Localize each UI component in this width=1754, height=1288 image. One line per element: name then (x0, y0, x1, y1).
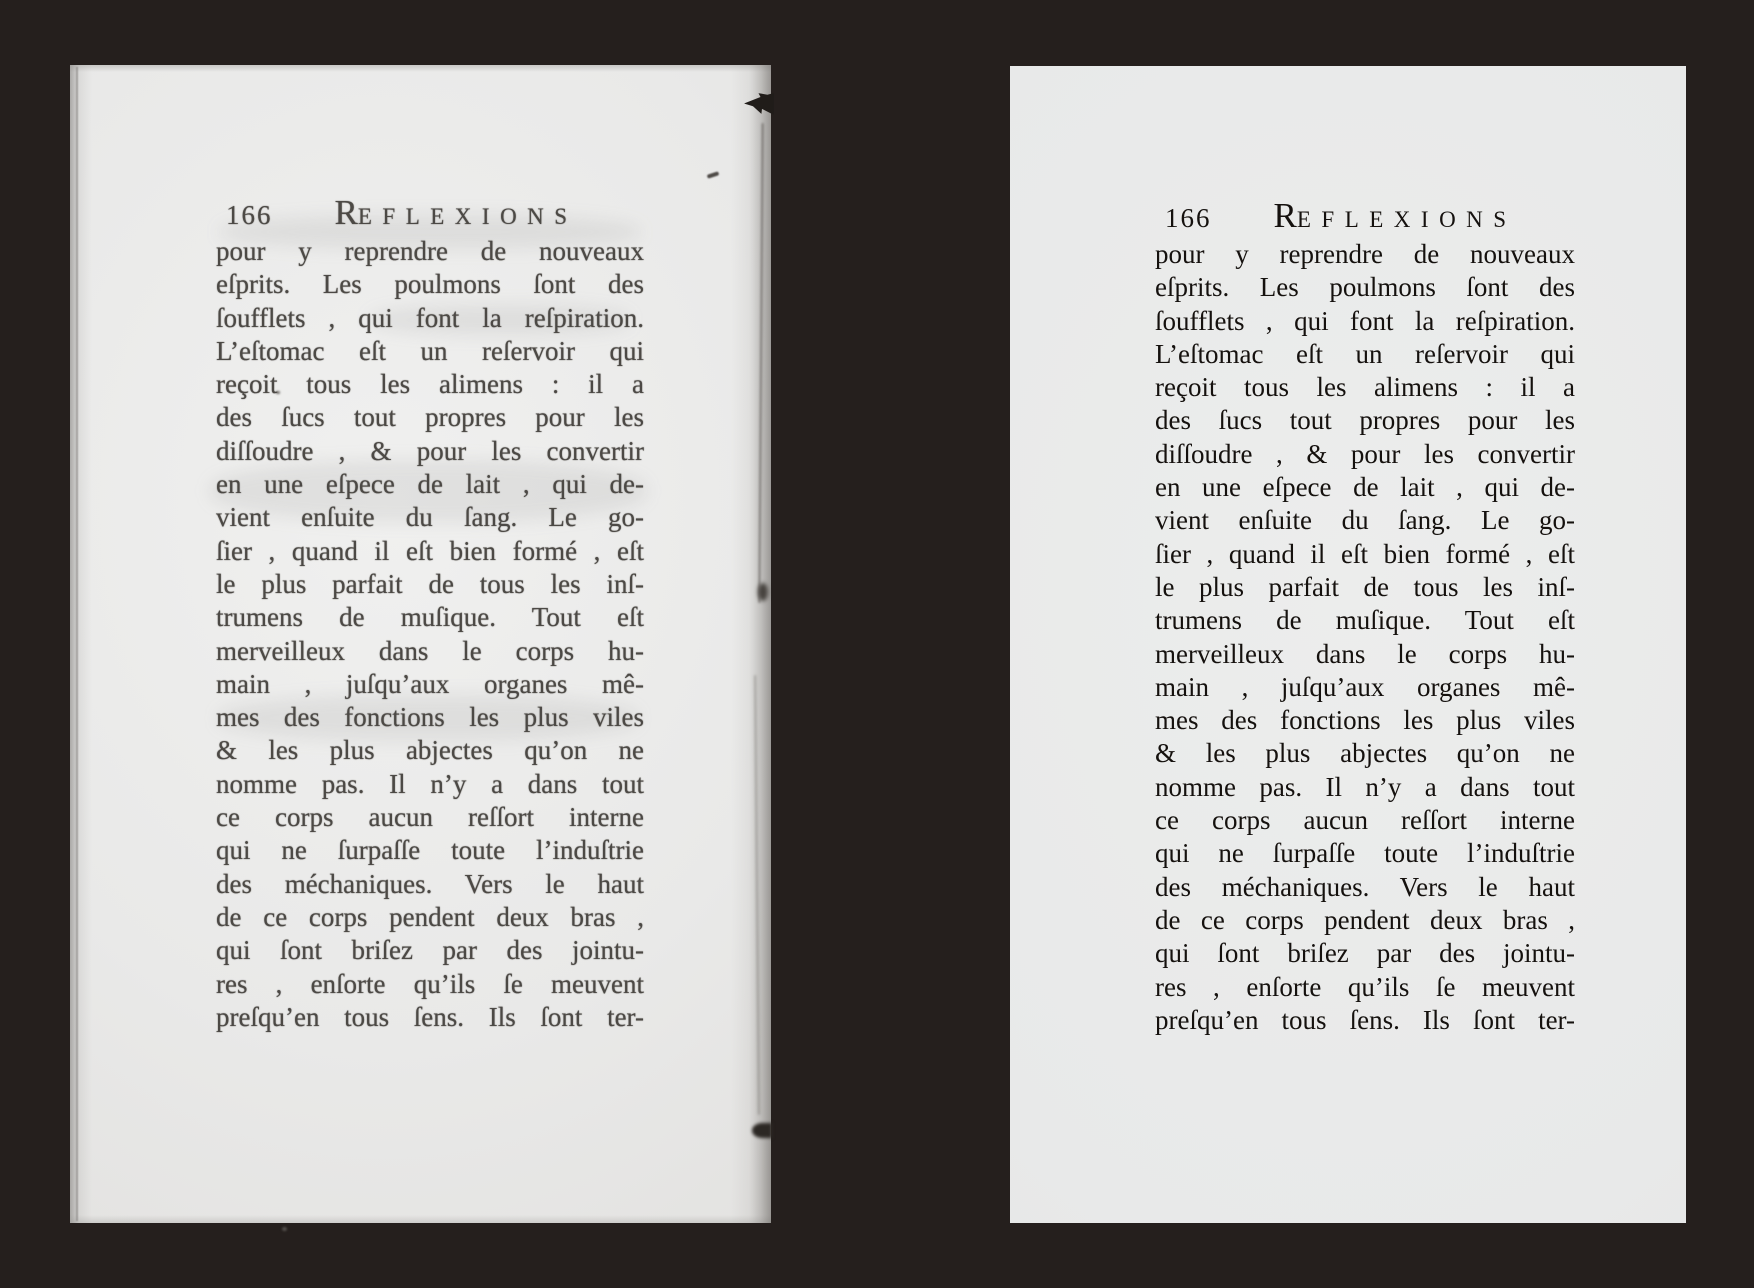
clean-page: 166REFLEXIONS pour y reprendre de nouvea… (1010, 66, 1686, 1223)
page-edge-line (76, 67, 78, 1221)
body-text: pour y reprendre de nouveauxeſprits. Les… (1155, 238, 1575, 1037)
text-line: mes des fonctions les plus viles (1155, 704, 1575, 737)
running-title: REFLEXIONS (335, 211, 578, 228)
text-line: ſier , quand il eſt bien formé , eſt (216, 535, 644, 568)
text-line: qui ne ſurpaſſe toute l’induſtrie (1155, 837, 1575, 870)
text-line: ſoufflets , qui font la reſpiration. (1155, 305, 1575, 338)
ink-blot (752, 1123, 772, 1138)
page-header: 166REFLEXIONS (1155, 196, 1575, 238)
text-line: main , juſqu’aux organes mê- (1155, 671, 1575, 704)
page-number: 166 (226, 200, 273, 230)
text-line: main , juſqu’aux organes mê- (216, 668, 644, 701)
text-line: de ce corps pendent deux bras , (1155, 904, 1575, 937)
text-line: trumens de muſique. Tout eſt (1155, 604, 1575, 637)
text-line: diſſoudre , & pour les convertir (216, 435, 644, 468)
text-line: reçoit tous les alimens : il a (216, 368, 644, 401)
text-line: merveilleux dans le corps hu- (216, 635, 644, 668)
running-title-rest: EFLEXIONS (1297, 207, 1517, 232)
text-line: des ſucs tout propres pour les (1155, 404, 1575, 437)
text-column: 166REFLEXIONS pour y reprendre de nouvea… (1155, 196, 1575, 1037)
text-line: ſier , quand il eſt bien formé , eſt (1155, 538, 1575, 571)
text-line: pour y reprendre de nouveaux (216, 235, 644, 268)
text-line: & les plus abjectes qu’on ne (216, 734, 644, 767)
ink-speck (707, 171, 720, 179)
text-line: ſoufflets , qui font la reſpiration. (216, 302, 644, 335)
text-line: res , enſorte qu’ils ſe meuvent (1155, 971, 1575, 1004)
text-line: reçoit tous les alimens : il a (1155, 371, 1575, 404)
text-line: ce corps aucun reſſort interne (1155, 804, 1575, 837)
text-line: en une eſpece de lait , qui de- (216, 468, 644, 501)
text-line: nomme pas. Il n’y a dans tout (216, 768, 644, 801)
text-line: ce corps aucun reſſort interne (216, 801, 644, 834)
text-line: qui ſont briſez par des jointu- (1155, 937, 1575, 970)
text-line: eſprits. Les poulmons ſont des (1155, 271, 1575, 304)
text-line: vient enſuite du ſang. Le go- (1155, 504, 1575, 537)
text-line: eſprits. Les poulmons ſont des (216, 268, 644, 301)
text-line: L’eſtomac eſt un reſervoir qui (216, 335, 644, 368)
scanned-page: 166REFLEXIONS pour y reprendre de nouvea… (70, 65, 771, 1223)
text-line: pour y reprendre de nouveaux (1155, 238, 1575, 271)
text-line: mes des fonctions les plus viles (216, 701, 644, 734)
text-line: des méchaniques. Vers le haut (1155, 871, 1575, 904)
text-line: le plus parfait de tous les inſ- (216, 568, 644, 601)
text-line: L’eſtomac eſt un reſervoir qui (1155, 338, 1575, 371)
comparison-stage: 166REFLEXIONS pour y reprendre de nouvea… (0, 0, 1754, 1288)
text-line: de ce corps pendent deux bras , (216, 901, 644, 934)
text-line: nomme pas. Il n’y a dans tout (1155, 771, 1575, 804)
text-line: vient enſuite du ſang. Le go- (216, 501, 644, 534)
page-header: 166REFLEXIONS (216, 193, 644, 235)
text-line: res , enſorte qu’ils ſe meuvent (216, 968, 644, 1001)
text-line: qui ſont briſez par des jointu- (216, 934, 644, 967)
text-line: qui ne ſurpaſſe toute l’induſtrie (216, 834, 644, 867)
text-line: preſqu’en tous ſens. Ils ſont ter- (216, 1001, 644, 1034)
text-line: preſqu’en tous ſens. Ils ſont ter- (1155, 1004, 1575, 1037)
text-line: merveilleux dans le corps hu- (1155, 638, 1575, 671)
text-line: trumens de muſique. Tout eſt (216, 601, 644, 634)
page-number: 166 (1165, 203, 1212, 233)
text-line: en une eſpece de lait , qui de- (1155, 471, 1575, 504)
ink-speck (282, 1227, 287, 1231)
text-line: des ſucs tout propres pour les (216, 401, 644, 434)
running-title-initial: R (335, 193, 358, 232)
text-line: le plus parfait de tous les inſ- (1155, 571, 1575, 604)
body-text: pour y reprendre de nouveauxeſprits. Les… (216, 235, 644, 1034)
running-title-initial: R (1274, 196, 1297, 235)
running-title: REFLEXIONS (1274, 214, 1517, 231)
text-line: des méchaniques. Vers le haut (216, 868, 644, 901)
text-column: 166REFLEXIONS pour y reprendre de nouvea… (216, 193, 644, 1034)
text-line: & les plus abjectes qu’on ne (1155, 737, 1575, 770)
ink-blot (758, 583, 768, 601)
text-line: diſſoudre , & pour les convertir (1155, 438, 1575, 471)
running-title-rest: EFLEXIONS (358, 204, 578, 229)
